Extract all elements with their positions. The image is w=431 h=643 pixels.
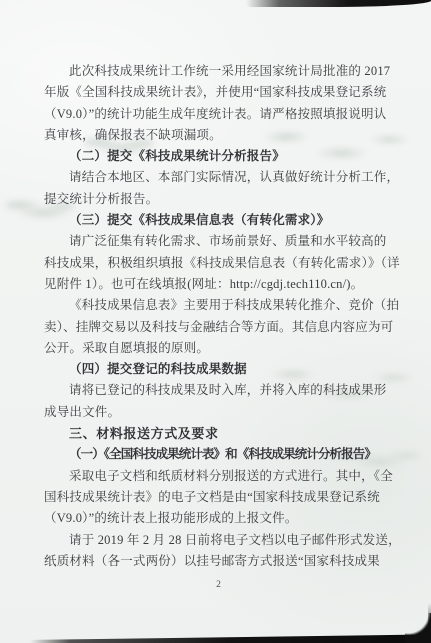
scan-dark-edge-bottom [30, 632, 431, 643]
chapter-heading-3: 三、材料报送方式及要求 [44, 423, 393, 444]
document-line: 采取电子文档和纸质材料分别报送的方式进行。其中，《全 [44, 466, 393, 487]
section-heading-4: （四）提交登记的科技成果数据 [44, 359, 393, 380]
section-heading-1: （一）《全国科技成果统计表》和《科技成果统计分析报告》 [44, 444, 393, 465]
document-line: 此次科技成果统计工作统一采用经国家统计局批准的 2017 [44, 61, 393, 82]
page-number: 2 [44, 580, 393, 590]
document-line: 年版《全国科技成果统计表》，并使用“国家科技成果登记系统 [44, 82, 393, 103]
section-heading-3: （三）提交《科技成果信息表（有转化需求）》 [44, 210, 393, 231]
document-line: 科技成果，积极组织填报《科技成果信息表（有转化需求）》（详 [44, 253, 393, 274]
document-line: （V9.0）”的统计表上报功能形成的上报文件。 [44, 508, 393, 529]
document-line-with-url: 见附件 1）。也可在线填报(网址：http://cgdj.tech110.cn/… [44, 274, 393, 295]
document-line: 国科技成果统计表》的电子文档是由“国家科技成果登记系统 [44, 487, 393, 508]
document-body-text: 此次科技成果统计工作统一采用经国家统计局批准的 2017 年版《全国科技成果统计… [44, 61, 393, 572]
document-line: 请于 2019 年 2 月 28 日前将电子文档以电子邮件形式发送， [44, 530, 393, 551]
document-line: 卖）、挂牌交易以及科技与金融结合等方面。其信息内容应为可 [44, 317, 393, 338]
document-line: 请广泛征集有转化需求、市场前景好、质量和水平较高的 [44, 231, 393, 252]
document-line: （V9.0）”的统计功能生成年度统计表。请严格按照填报说明认 [44, 104, 393, 125]
document-line: 成导出文件。 [44, 402, 393, 423]
document-line: 《科技成果信息表》主要用于科技成果转化推介、竞价（拍 [44, 295, 393, 316]
document-line: 公开。采取自愿填报的原则。 [44, 338, 393, 359]
section-heading-2: （二）提交《科技成果统计分析报告》 [44, 146, 393, 167]
scanned-document-page: 此次科技成果统计工作统一采用经国家统计局批准的 2017 年版《全国科技成果统计… [0, 0, 431, 643]
page-corner-bottom-right [405, 613, 431, 643]
document-line: 纸质材料（各一式两份）以挂号邮寄方式报送“国家科技成果 [44, 551, 393, 572]
document-line: 请将已登记的科技成果及时入库，并将入库的科技成果形 [44, 380, 393, 401]
document-line: 请结合本地区、本部门实际情况，认真做好统计分析工作， [44, 167, 393, 188]
scan-dark-edge-top [246, 0, 431, 7]
document-line: 真审核，确保报表不缺项漏项。 [44, 125, 393, 146]
document-line: 提交统计分析报告。 [44, 189, 393, 210]
